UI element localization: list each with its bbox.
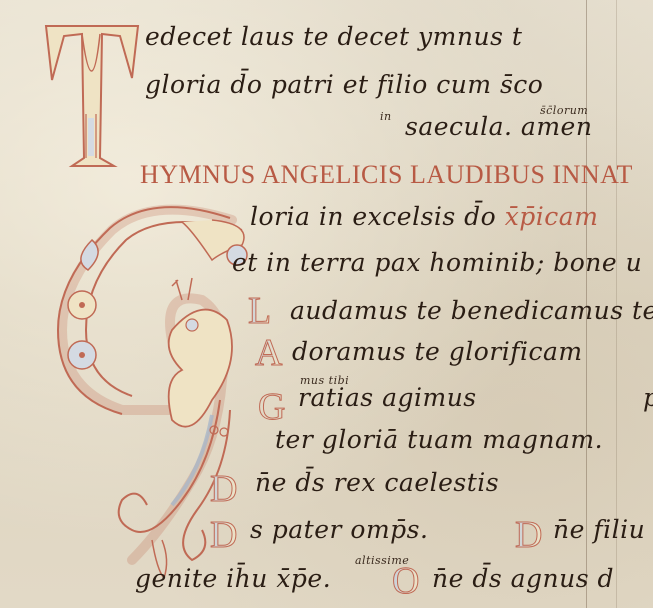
- text-line-9: ratias agimus: [298, 383, 477, 412]
- text-line-13-second: n̄e d̄s agnus d: [432, 564, 614, 593]
- text-line-13: genite ih̄u x̄p̄e.: [135, 564, 331, 593]
- initial-g-small: G: [258, 388, 285, 426]
- decorated-initial-t-icon: [42, 18, 142, 168]
- initial-l: L: [248, 292, 271, 330]
- text-line-5-body: loria in excelsis d̄o: [250, 202, 496, 231]
- text-line-12-second: n̄e filiu: [553, 515, 645, 544]
- initial-o: O: [392, 562, 419, 600]
- initial-d-1: D: [210, 470, 237, 508]
- text-line-12: s pater omp̄s.: [250, 515, 428, 544]
- text-line-11: n̄e d̄s rex caelestis: [255, 468, 499, 497]
- text-line-5: loria in excelsis d̄o x̄p̄icam: [250, 202, 598, 231]
- manuscript-page: edecet laus te decet ymnus t gloria d̄o …: [0, 0, 653, 608]
- text-line-10: ter gloriā tuam magnam.: [275, 425, 603, 454]
- rubric-heading: HYMNUS ANGELICIS LAUDIBUS INNAT: [140, 160, 633, 190]
- gloss-in: in: [380, 110, 392, 123]
- text-line-9-tail: p: [643, 383, 653, 412]
- rubric-tail: x̄p̄icam: [505, 202, 599, 231]
- initial-d-2: D: [210, 516, 237, 554]
- text-line-7: audamus te benedicamus te: [290, 296, 653, 325]
- text-line-1: edecet laus te decet ymnus t: [145, 22, 522, 51]
- text-line-2: gloria d̄o patri et filio cum s̄co: [145, 70, 543, 99]
- text-line-6: et in terra pax hominib; bone u: [232, 248, 642, 277]
- initial-d-3: D: [515, 516, 542, 554]
- text-line-8: doramus te glorificam: [292, 337, 583, 366]
- text-line-3: saecula. amen: [405, 112, 592, 141]
- initial-a: A: [255, 334, 282, 372]
